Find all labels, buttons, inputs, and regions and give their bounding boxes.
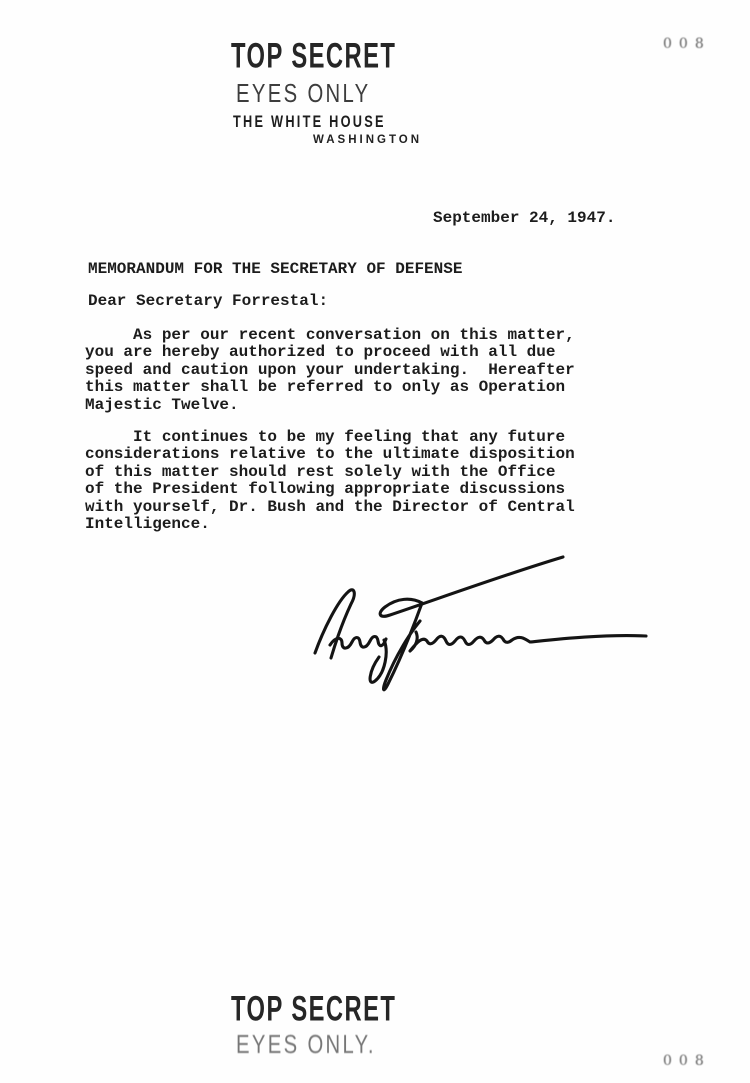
body-paragraph-1: As per our recent conversation on this m… [85, 327, 575, 414]
eyes-only-stamp-top: EYES ONLY [236, 80, 371, 106]
top-secret-stamp-bottom: TOP SECRET [231, 991, 396, 1026]
document-page: 008 TOP SECRET EYES ONLY THE WHITE HOUSE… [0, 0, 750, 1083]
date-line: September 24, 1947. [433, 210, 615, 227]
truman-signature [270, 540, 690, 700]
memo-heading: MEMORANDUM FOR THE SECRETARY OF DEFENSE [88, 261, 462, 278]
page-number-bottom: 008 [663, 1053, 711, 1069]
salutation: Dear Secretary Forrestal: [88, 293, 328, 310]
page-number-top: 008 [663, 36, 711, 52]
body-paragraph-2: It continues to be my feeling that any f… [85, 429, 575, 533]
letterhead-washington: WASHINGTON [313, 135, 422, 147]
eyes-only-stamp-bottom: EYES ONLY. [236, 1031, 376, 1057]
top-secret-stamp-top: TOP SECRET [231, 38, 396, 73]
letterhead-white-house: THE WHITE HOUSE [233, 113, 386, 130]
